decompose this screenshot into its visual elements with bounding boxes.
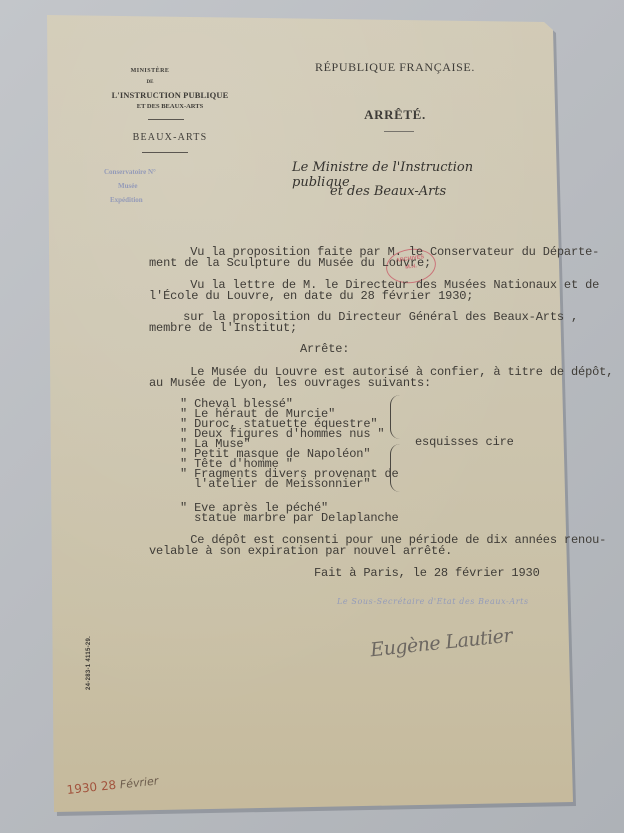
work-item: l'atelier de Meissonnier"	[180, 479, 370, 490]
ornament-rule	[148, 119, 184, 120]
blue-stamp-line: Expédition	[110, 196, 143, 204]
ministry-de: DE	[90, 80, 210, 85]
considerant-3-line2: membre de l'Institut;	[149, 323, 297, 334]
arrete-label: Arrête:	[300, 344, 349, 355]
considerant-2-line2: l'École du Louvre, en date du 28 février…	[149, 291, 473, 302]
signatory-title-stamp: Le Sous-Secrétaire d'État des Beaux-Arts	[337, 597, 547, 606]
duration-line2: velable à son expiration par nouvel arrê…	[149, 546, 452, 557]
ministry-label: MINISTÈRE	[90, 68, 210, 74]
print-code: 24-283-1 4115-29.	[86, 636, 92, 690]
extra-work-line2: statue marbre par Delaplanche	[180, 513, 399, 524]
considerant-1-line2: ment de la Sculpture du Musée du Louvre;	[149, 258, 431, 269]
place-date: Fait à Paris, le 28 février 1930	[314, 568, 540, 579]
works-note: esquisses cire	[415, 437, 514, 448]
document-title: ARRÊTÉ.	[340, 107, 450, 123]
article-line2: au Musée de Lyon, les ouvrages suivants:	[149, 378, 431, 389]
ministry-name-line1: L'INSTRUCTION PUBLIQUE	[100, 90, 240, 100]
ministry-name-line2: ET DES BEAUX-ARTS	[100, 103, 240, 110]
republic-heading: RÉPUBLIQUE FRANÇAISE.	[300, 60, 490, 75]
department-label: BEAUX-ARTS	[105, 132, 235, 143]
brace-lower	[390, 444, 405, 492]
title-rule	[384, 131, 414, 132]
brace-upper	[390, 395, 405, 439]
minister-line2: et des Beaux-Arts	[330, 184, 480, 199]
blue-stamp-line: Conservatoire N°	[104, 168, 156, 176]
ornament-rule	[142, 152, 188, 153]
blue-stamp-line: Musée	[118, 182, 137, 190]
